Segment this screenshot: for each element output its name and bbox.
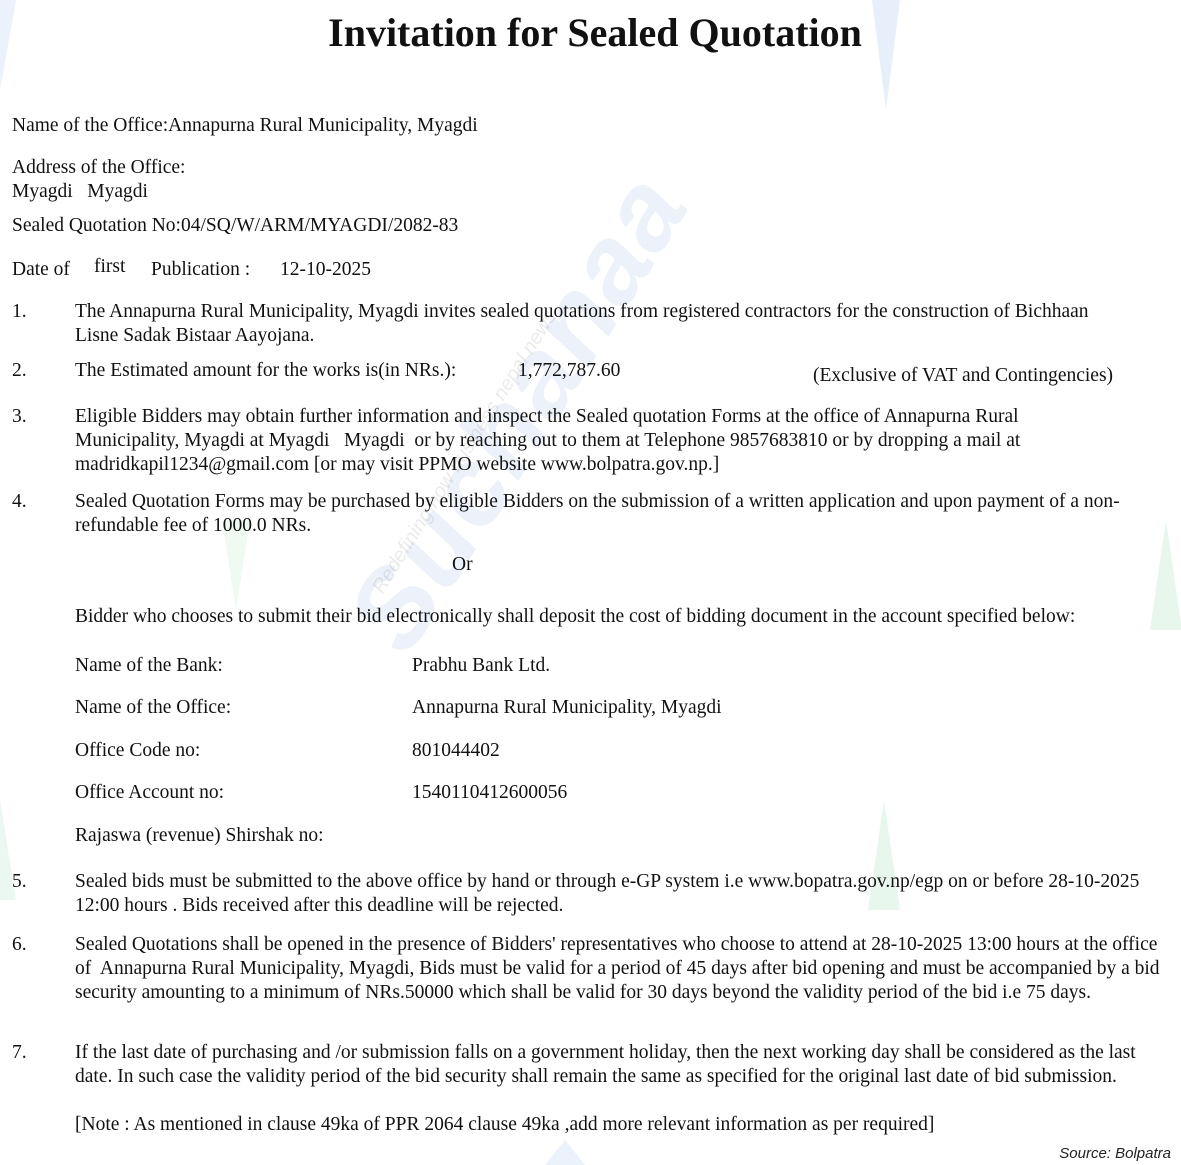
quotation-number-label: Sealed Quotation No: bbox=[12, 215, 181, 236]
source-credit: Source: Bolpatra bbox=[1059, 1142, 1171, 1165]
publication-date-value: 12-10-2025 bbox=[280, 258, 371, 282]
bank-detail-label: Office Code no: bbox=[75, 739, 200, 763]
electronic-deposit-text: Bidder who chooses to submit their bid e… bbox=[75, 605, 1075, 629]
amount-note: (Exclusive of VAT and Contingencies) bbox=[813, 364, 1113, 388]
bank-detail-value: Annapurna Rural Municipality, Myagdi bbox=[412, 696, 722, 720]
publication-date-label-3: Publication : bbox=[151, 258, 250, 282]
clause-number: 4. bbox=[12, 490, 27, 514]
clause-text: Eligible Bidders may obtain further info… bbox=[75, 405, 1115, 477]
clause-number: 2. bbox=[12, 359, 27, 383]
office-name-label: Name of the Office: bbox=[12, 115, 168, 136]
bank-detail-label: Name of the Office: bbox=[75, 696, 231, 720]
estimated-amount: 1,772,787.60 bbox=[518, 359, 620, 383]
clause-note: [Note : As mentioned in clause 49ka of P… bbox=[75, 1113, 934, 1137]
clause-number: 5. bbox=[12, 870, 27, 894]
bank-detail-value: 1540110412600056 bbox=[412, 781, 567, 805]
address-value: Myagdi Myagdi bbox=[12, 180, 148, 204]
bank-detail-value: 801044402 bbox=[412, 739, 500, 763]
clause-text: Sealed Quotations shall be opened in the… bbox=[75, 933, 1170, 1005]
publication-date-label-1: Date of bbox=[12, 258, 70, 282]
clause-text: Sealed Quotation Forms may be purchased … bbox=[75, 490, 1175, 538]
clause-text: The Estimated amount for the works is(in… bbox=[75, 359, 456, 383]
publication-date-label-2: first bbox=[94, 255, 125, 279]
bank-detail-label: Office Account no: bbox=[75, 781, 224, 805]
office-name-value: Annapurna Rural Municipality, Myagdi bbox=[168, 115, 478, 136]
office-name-line: Name of the Office:Annapurna Rural Munic… bbox=[12, 114, 478, 138]
watermark-shard bbox=[545, 1140, 585, 1165]
quotation-number-line: Sealed Quotation No:04/SQ/W/ARM/MYAGDI/2… bbox=[12, 214, 458, 238]
bank-detail-value: Prabhu Bank Ltd. bbox=[412, 654, 550, 678]
clause-text: If the last date of purchasing and /or s… bbox=[75, 1041, 1170, 1089]
quotation-number-value: 04/SQ/W/ARM/MYAGDI/2082-83 bbox=[181, 215, 458, 236]
clause-text: The Annapurna Rural Municipality, Myagdi… bbox=[75, 300, 1105, 348]
clause-number: 6. bbox=[12, 933, 27, 957]
clause-number: 3. bbox=[12, 405, 27, 429]
clause-number: 7. bbox=[12, 1041, 27, 1065]
page-title: Invitation for Sealed Quotation bbox=[0, 10, 1181, 56]
or-separator: Or bbox=[452, 553, 473, 577]
bank-detail-label: Name of the Bank: bbox=[75, 654, 223, 678]
clause-text: Sealed bids must be submitted to the abo… bbox=[75, 870, 1165, 918]
bank-detail-label: Rajaswa (revenue) Shirshak no: bbox=[75, 824, 324, 848]
clause-number: 1. bbox=[12, 300, 27, 324]
address-label: Address of the Office: bbox=[12, 156, 185, 180]
